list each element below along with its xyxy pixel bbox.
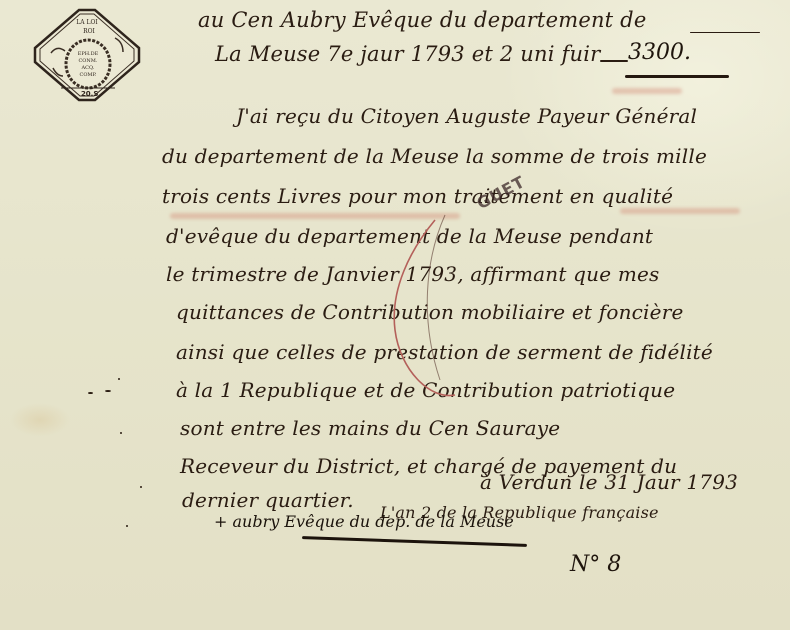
place-date: à Verdun le 31 Jaur 1793 [480,470,738,494]
header-line-2: La Meuse 7e jaur 1793 et 2 uni fuir [215,42,600,66]
svg-text:COMP.: COMP. [80,72,97,78]
svg-text:20.S.: 20.S. [81,90,101,98]
red-ink-smear [612,88,682,94]
svg-text:ROI: ROI [83,28,95,35]
body-line-2: du departement de la Meuse la somme de t… [162,144,707,168]
svg-text:CONM.: CONM. [78,58,97,64]
document-page: LA LOI ROI EPH.DE CONM. ACQ. COMP. 20.S.… [0,0,790,630]
stamp-seal-icon: LA LOI ROI EPH.DE CONM. ACQ. COMP. 20.S. [33,8,141,102]
signature-underline [302,536,527,547]
svg-text:ACQ.: ACQ. [81,65,95,71]
amount-underline [625,75,729,78]
tax-stamp: LA LOI ROI EPH.DE CONM. ACQ. COMP. 20.S. [33,8,141,102]
signature: + aubry Evêque du dep. de la Meuse [214,512,514,531]
document-number: N° 8 [570,552,621,577]
body-line-11: dernier quartier. [182,488,354,512]
header-line-1: au Cen Aubry Evêque du departement de [198,8,646,32]
body-line-9: sont entre les mains du Cen Sauraye [180,416,560,440]
amount-value: 3300. [628,40,691,65]
svg-text:LA LOI: LA LOI [76,19,98,26]
red-ink-smear [620,208,740,214]
amount-lead-rule [600,60,628,62]
red-flourish-icon [350,210,490,410]
body-line-1: J'ai reçu du Citoyen Auguste Payeur Géné… [236,104,697,128]
body-line-3: trois cents Livres pour mon traitement e… [162,184,673,208]
header-dash [690,32,760,33]
svg-text:EPH.DE: EPH.DE [78,51,99,57]
